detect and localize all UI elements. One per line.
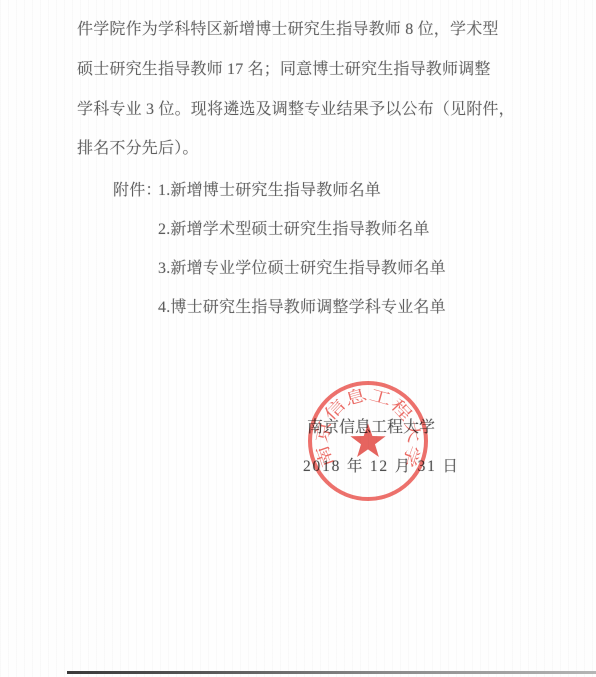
seal-star-icon [350, 424, 385, 458]
scan-edge-shadow [67, 671, 596, 674]
attachment-item: 3.新增专业学位硕士研究生指导教师名单 [158, 259, 446, 278]
attachment-item: 1.新增博士研究生指导教师名单 [158, 181, 381, 200]
body-text-line: 排名不分先后）。 [77, 139, 199, 158]
attachment-item: 4.博士研究生指导教师调整学科专业名单 [158, 298, 446, 317]
scanned-document-page: 件学院作为学科特区新增博士研究生指导教师 8 位，学术型 硕士研究生指导教师 1… [0, 0, 596, 677]
attachments-label: 附件： [113, 181, 162, 200]
body-text-line: 学科专业 3 位。现将遴选及调整专业结果予以公布（见附件， [77, 100, 515, 119]
body-text-line: 硕士研究生指导教师 17 名；同意博士研究生指导教师调整 [77, 60, 491, 79]
body-text-line: 件学院作为学科特区新增博士研究生指导教师 8 位，学术型 [77, 20, 499, 39]
official-seal-stamp: 南京信息工程大学 [306, 379, 430, 503]
attachment-item: 2.新增学术型硕士研究生指导教师名单 [158, 220, 430, 239]
